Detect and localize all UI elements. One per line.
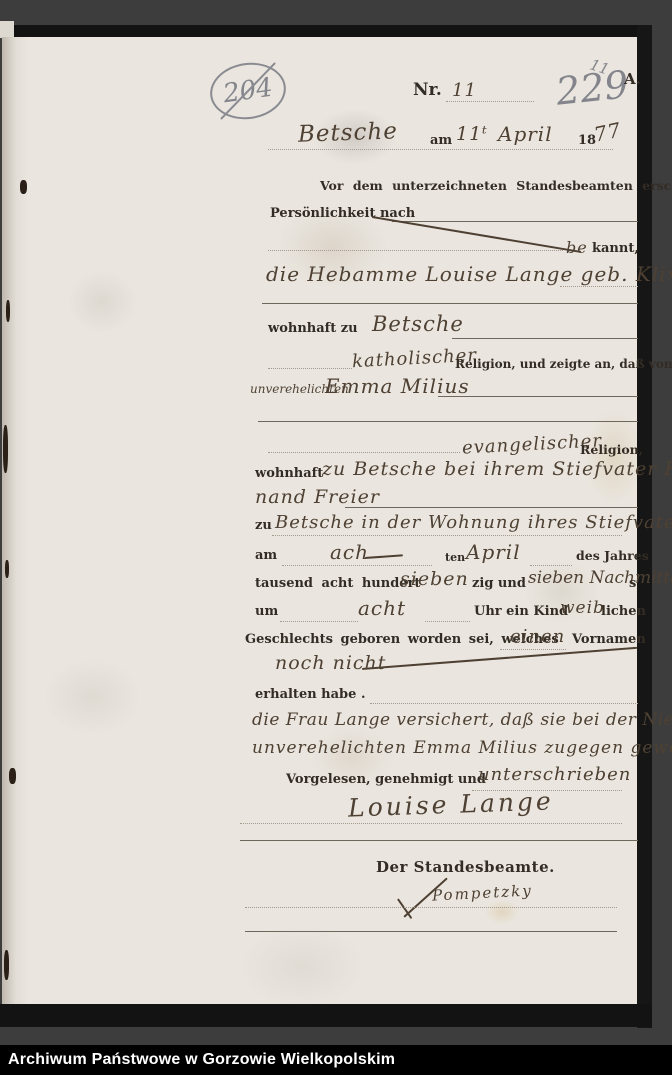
closing-statement-2: unverehelichten Emma Milius zugegen gewe… [252, 738, 672, 758]
birth-day-entry: ach [330, 540, 369, 564]
archive-watermark-bar: Archiwum Państwowe w Gorzowie Wielkopols… [0, 1045, 672, 1075]
year-entry-1: sieben [400, 568, 469, 590]
year-printed-2: zig und [472, 576, 526, 591]
gender-printed: lichen [601, 604, 646, 619]
nr-label: Nr. [413, 80, 442, 100]
rule [446, 101, 534, 102]
page-bottom-edge-shadow [0, 1004, 652, 1027]
erhalten-printed: erhalten habe . [255, 687, 365, 702]
rule [245, 931, 617, 932]
religion1-printed: Religion, und zeigte an, daß von der [455, 357, 672, 371]
rule [425, 621, 470, 622]
binding-mark [9, 768, 16, 784]
binding-mark [20, 180, 27, 194]
um-label: um [255, 604, 278, 619]
binding-mark [4, 950, 9, 980]
bekannt-printed: kannt, [592, 241, 639, 256]
gender-entry: weib [560, 598, 605, 618]
rule [240, 823, 622, 824]
rule [345, 507, 638, 508]
intro-line-1: Vor dem unterzeichneten Standesbeamten e… [320, 178, 672, 193]
am-label: am [430, 133, 452, 148]
rule [438, 396, 638, 397]
binding-mark [5, 560, 9, 578]
declarant-entry: die Hebamme Louise Lange geb. Klix [266, 262, 672, 286]
am2-label: am [255, 548, 277, 563]
closing-statement-1: die Frau Lange versichert, daß sie bei d… [252, 710, 672, 730]
nr-value: 11 [452, 80, 477, 101]
year-printed-3: s [629, 576, 636, 591]
page-corner-notch [0, 21, 14, 38]
mother-residence-entry-1: zu Betsche bei ihrem Stiefvater Ferdi- [322, 458, 672, 480]
day-entry: 11ᵗ [456, 123, 488, 145]
vorgelesen-printed: Vorgelesen, genehmigt und [286, 772, 486, 787]
document-viewer: 204 11 229 A. Nr. 11 Betsche am 11ᵗ Apri… [0, 0, 672, 1075]
vorname-entry: einen [510, 626, 565, 647]
rule [392, 221, 638, 222]
ten-label: ten [445, 551, 465, 564]
rule [268, 452, 460, 453]
year-printed: 18 [578, 133, 596, 148]
vornamen-printed: Vornamen [572, 632, 646, 647]
rule [268, 368, 352, 369]
rule [530, 565, 572, 566]
mother-name-entry: Emma Milius [325, 374, 470, 398]
rule [272, 535, 622, 536]
standesbeamte-heading: Der Standesbeamte. [376, 858, 555, 876]
rule [500, 649, 566, 650]
binding-mark [6, 300, 10, 322]
rule [560, 286, 638, 287]
birth-place-entry: Betsche in der Wohnung ihres Stiefvaters [275, 512, 672, 533]
des-jahres-label: des Jahres [576, 548, 649, 563]
corner-letter: A. [624, 70, 641, 88]
uhr-printed: Uhr ein Kind [474, 604, 568, 619]
birth-month-entry: April [466, 540, 521, 564]
rule [245, 907, 617, 908]
rule [258, 421, 638, 422]
bekannt-handwritten: be [566, 238, 588, 257]
year-printed-1: tausend acht hundert [255, 576, 420, 591]
wohnhaft-label: wohnhaft [255, 466, 323, 481]
religion2-printed: Religion, [580, 442, 643, 457]
rule [240, 840, 638, 841]
place-entry: Betsche [298, 118, 399, 147]
rule [262, 303, 638, 304]
year-entry-2: sieben Nachmittag [528, 568, 672, 588]
rule [280, 621, 358, 622]
declarant-residence-entry: Betsche [372, 312, 464, 336]
unterschrieben-entry: unterschrieben [478, 764, 631, 785]
mother-residence-entry-2: nand Freier [255, 486, 380, 508]
rule [282, 565, 432, 566]
wohnhaft-zu-label: wohnhaft zu [268, 321, 358, 336]
month-entry: April [498, 122, 553, 146]
noch-nicht-entry: noch nicht [275, 652, 386, 674]
rule [268, 250, 563, 251]
rule [268, 149, 613, 150]
pencil-folio-number: 229 [554, 62, 631, 113]
binding-mark [3, 425, 8, 473]
zu-label: zu [255, 518, 272, 533]
rule [370, 703, 638, 704]
hour-entry: acht [358, 596, 406, 620]
rule [452, 338, 638, 339]
archive-name: Archiwum Państwowe w Gorzowie Wielkopols… [0, 1051, 395, 1069]
page-top-edge-shadow [0, 25, 651, 37]
